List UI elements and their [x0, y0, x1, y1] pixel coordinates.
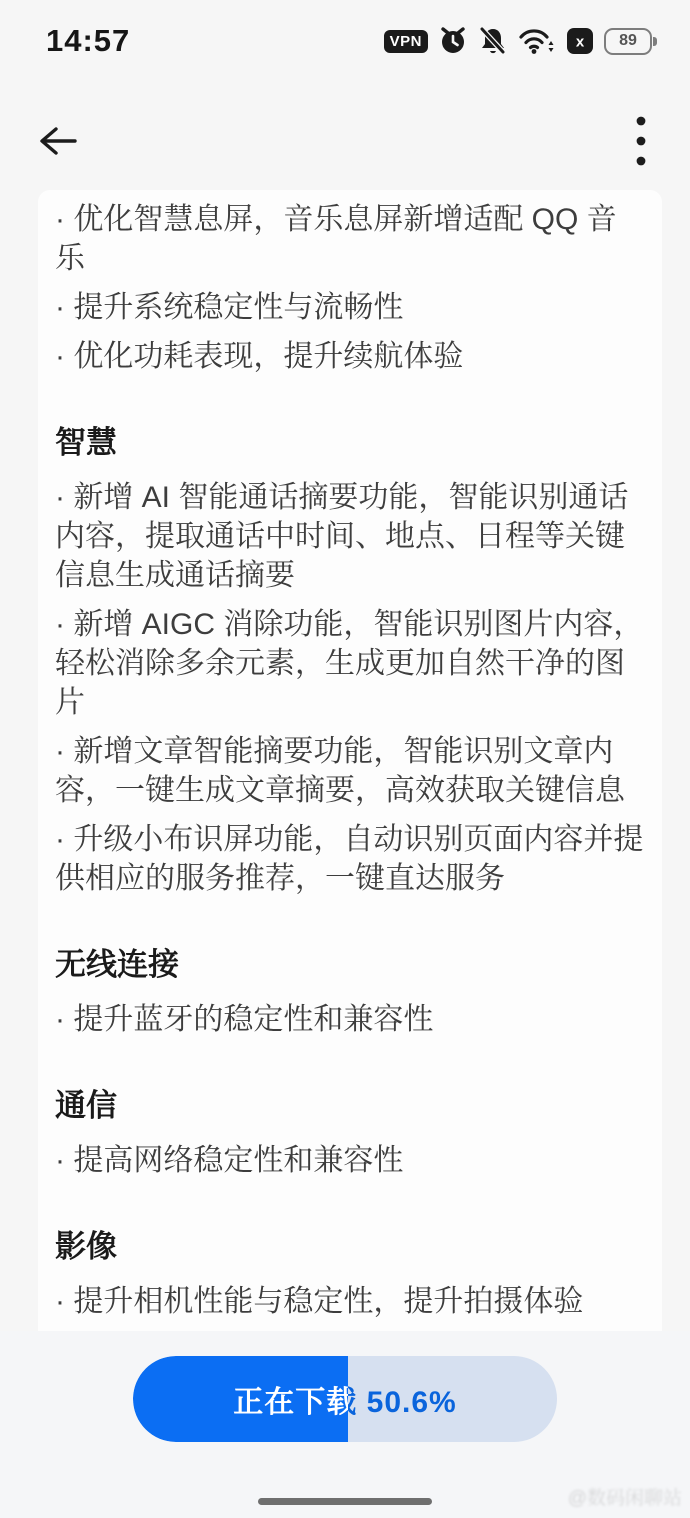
watermark-text: @数码闲聊站 — [568, 1483, 682, 1510]
changelog-bullet: · 升级小布识屏功能，自动识别页面内容并提供相应的服务推荐，一键直达服务 — [55, 820, 645, 898]
update-changelog-screen: { "status_bar": { "time": "14:57", "vpn_… — [0, 0, 690, 1518]
download-progress-button[interactable]: 正在下载 50.6% 正在下载 50.6% — [133, 1356, 557, 1442]
bottom-panel: 正在下载 50.6% 正在下载 50.6% @数码闲聊站 — [0, 1331, 690, 1518]
overflow-menu-button[interactable] — [636, 115, 646, 167]
download-label-fill: 正在下载 50.6% — [133, 1356, 348, 1442]
changelog-bullet: · 新增 AI 智能通话摘要功能，智能识别通话内容，提取通话中时间、地点、日程等… — [55, 478, 645, 595]
changelog-bullet: · 优化智慧息屏，音乐息屏新增适配 QQ 音乐 — [55, 200, 645, 278]
changelog-bullet: · 提升相机性能与稳定性，提升拍摄体验 — [55, 1282, 645, 1321]
sim-error-glyph: x — [576, 34, 585, 51]
alarm-icon — [438, 26, 468, 56]
changelog-bullet: · 新增文章智能摘要功能，智能识别文章内容，一键生成文章摘要，高效获取关键信息 — [55, 732, 645, 810]
status-icons: VPN — [384, 26, 652, 56]
back-button[interactable] — [34, 124, 80, 158]
nav-bar — [0, 64, 690, 190]
section-title-communication: 通信 — [55, 1085, 645, 1127]
changelog-bullet: · 新增 AIGC 消除功能，智能识别图片内容，轻松消除多余元素，生成更加自然干… — [55, 605, 645, 722]
vpn-icon: VPN — [384, 30, 428, 53]
changelog-bullet: · 提升蓝牙的稳定性和兼容性 — [55, 1000, 645, 1039]
changelog-bullet: · 提升系统稳定性与流畅性 — [55, 288, 645, 327]
section-title-wireless: 无线连接 — [55, 944, 645, 986]
changelog-bullet: · 提高网络稳定性和兼容性 — [55, 1141, 645, 1180]
wifi-icon — [518, 26, 556, 56]
battery-level: 89 — [619, 32, 637, 50]
clock-time: 14:57 — [46, 23, 130, 59]
section-title-intelligence: 智慧 — [55, 422, 645, 464]
download-progress-fill: 正在下载 50.6% — [133, 1356, 348, 1442]
mute-icon — [478, 26, 508, 56]
home-indicator[interactable] — [258, 1498, 432, 1505]
changelog-bullet: · 优化功耗表现，提升续航体验 — [55, 337, 645, 376]
sim-error-icon: x — [566, 27, 594, 55]
section-title-imaging: 影像 — [55, 1226, 645, 1268]
status-bar: 14:57 VPN — [0, 0, 690, 64]
changelog-card: · 优化智慧息屏，音乐息屏新增适配 QQ 音乐 · 提升系统稳定性与流畅性 · … — [38, 190, 662, 1331]
battery-icon: 89 — [604, 28, 652, 55]
